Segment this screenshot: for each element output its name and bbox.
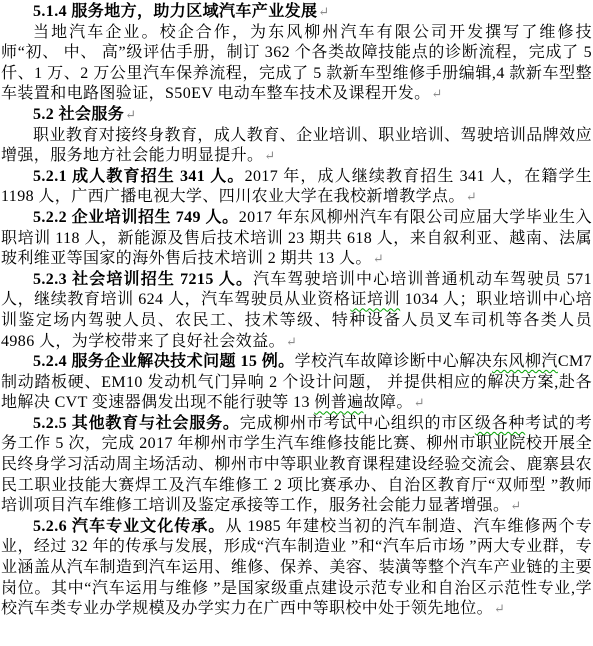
text-run: 职业教育对接终身教育，成人教育、企业培训、职业培训、驾驶培训品牌效应增强，服务地… — [1, 127, 592, 165]
bold-run: 5.1.4 服务地方，助力区域汽车产业发展 — [33, 3, 317, 20]
paragraph-mark-icon: ↵ — [372, 251, 384, 266]
text-run: 当地汽车企业。校企合作，为东风柳州汽车有限公司开发撰写了维修技师“初、 中、 高… — [1, 24, 592, 103]
paragraph-mark-icon: ↵ — [509, 498, 521, 513]
bold-run: 5.2.6 汽车专业文化传承。 — [33, 518, 225, 535]
body-paragraph: 5.2.5 其他教育与社会服务。完成柳州市考试中心组织的市区级各种考试的考务工作… — [1, 414, 592, 517]
bold-run: 5.2.3 社会培训招生 7215 人。 — [33, 271, 253, 288]
body-paragraph: 5.2.3 社会培训招生 7215 人。汽车驾驶培训中心培训普通机动车驾驶员 5… — [1, 270, 592, 352]
text-run: 故障。 — [364, 394, 413, 411]
text-run: 学校汽车故障诊断中心解决 — [295, 353, 492, 370]
bold-run: 5.2.1 成人教育招生 341 人。 — [33, 168, 245, 185]
spellcheck-flagged-text: 例普遍 — [314, 394, 363, 411]
paragraph-mark-icon: ↵ — [431, 86, 443, 101]
paragraph-mark-icon: ↵ — [465, 189, 477, 204]
body-paragraph: 5.2.2 企业培训招生 749 人。2017 年东风柳州汽车有限公司应届大学毕… — [1, 208, 592, 270]
paragraph-mark-icon: ↵ — [124, 107, 136, 122]
paragraph-mark-icon: ↵ — [493, 601, 505, 616]
paragraph-mark-icon: ↵ — [285, 334, 297, 349]
bold-run: 5.2 社会服务 — [33, 106, 124, 123]
spellcheck-flagged-text: 东风柳汽 — [492, 353, 558, 370]
bold-run: 5.2.4 服务企业解决技术问题 15 例。 — [33, 353, 295, 370]
spellcheck-flagged-text: 级各种 — [475, 415, 525, 432]
paragraph-mark-icon: ↵ — [413, 395, 425, 410]
bold-run: 5.2.5 其他教育与社会服务。 — [33, 415, 240, 432]
paragraph-mark-icon: ↵ — [317, 4, 329, 19]
text-run: 完成柳州市考试中心组织的市区 — [240, 415, 475, 432]
heading-paragraph: 5.1.4 服务地方，助力区域汽车产业发展↵ — [1, 2, 592, 23]
bold-run: 5.2.2 企业培训招生 749 人。 — [33, 209, 239, 226]
body-paragraph: 5.2.4 服务企业解决技术问题 15 例。学校汽车故障诊断中心解决东风柳汽CM… — [1, 352, 592, 414]
body-paragraph: 当地汽车企业。校企合作，为东风柳州汽车有限公司开发撰写了维修技师“初、 中、 高… — [1, 23, 592, 105]
document-body: 5.1.4 服务地方，助力区域汽车产业发展↵当地汽车企业。校企合作，为东风柳州汽… — [0, 0, 593, 646]
paragraph-mark-icon: ↵ — [263, 148, 275, 163]
body-paragraph: 职业教育对接终身教育，成人教育、企业培训、职业培训、驾驶培训品牌效应增强，服务地… — [1, 126, 592, 167]
body-paragraph: 5.2.1 成人教育招生 341 人。2017 年，成人继续教育招生 341 人… — [1, 167, 592, 208]
body-paragraph: 5.2.6 汽车专业文化传承。从 1985 年建校当初的汽车制造、汽车维修两个专… — [1, 517, 592, 620]
heading-paragraph: 5.2 社会服务↵ — [1, 105, 592, 126]
spellcheck-flagged-text: 证培训 — [350, 291, 400, 308]
